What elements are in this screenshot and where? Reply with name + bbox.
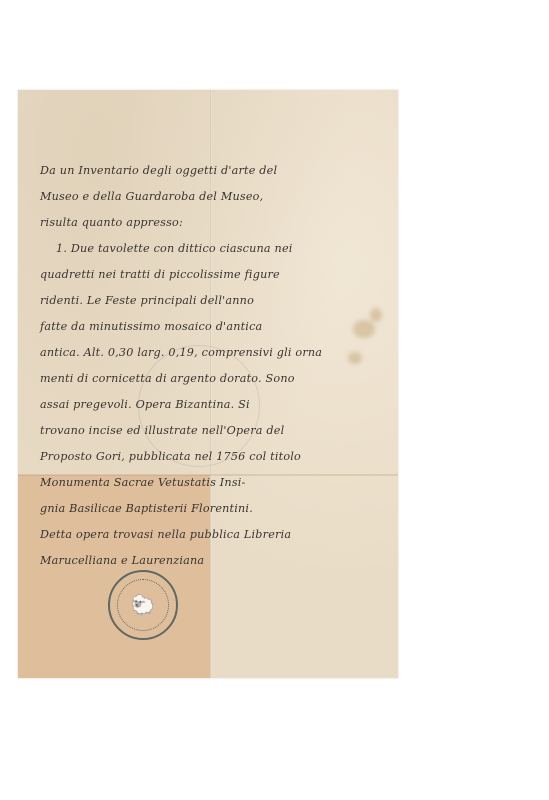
handwritten-text: Da un Inventario degli oggetti d'arte de…: [40, 158, 380, 574]
manuscript-sheet: Da un Inventario degli oggetti d'arte de…: [18, 90, 398, 678]
text-line: menti di cornicetta di argento dorato. S…: [40, 366, 380, 392]
text-line: Detta opera trovasi nella pubblica Libre…: [40, 522, 380, 548]
text-line: fatte da minutissimo mosaico d'antica: [40, 314, 380, 340]
text-line: Da un Inventario degli oggetti d'arte de…: [40, 158, 380, 184]
text-line: assai pregevoli. Opera Bizantina. Si: [40, 392, 380, 418]
text-line: gnia Basilicae Baptisterii Florentini.: [40, 496, 380, 522]
text-line: Monumenta Sacrae Vetustatis Insi-: [40, 470, 380, 496]
text-line: trovano incise ed illustrate nell'Opera …: [40, 418, 380, 444]
text-line: ridenti. Le Feste principali dell'anno: [40, 288, 380, 314]
text-line: antica. Alt. 0,30 larg. 0,19, comprensiv…: [40, 340, 380, 366]
seal-stamp-icon: 🐑: [117, 579, 169, 631]
text-line: risulta quanto appresso:: [40, 210, 380, 236]
seal-stamp: 🐑: [108, 570, 178, 640]
text-line: Proposto Gori, pubblicata nel 1756 col t…: [40, 444, 380, 470]
lamb-figure-icon: 🐑: [131, 595, 156, 615]
text-line: Museo e della Guardaroba del Museo,: [40, 184, 380, 210]
text-line: quadretti nei tratti di piccolissime fig…: [40, 262, 380, 288]
text-line: Marucelliana e Laurenziana: [40, 548, 380, 574]
text-line: 1. Due tavolette con dittico ciascuna ne…: [40, 236, 380, 262]
